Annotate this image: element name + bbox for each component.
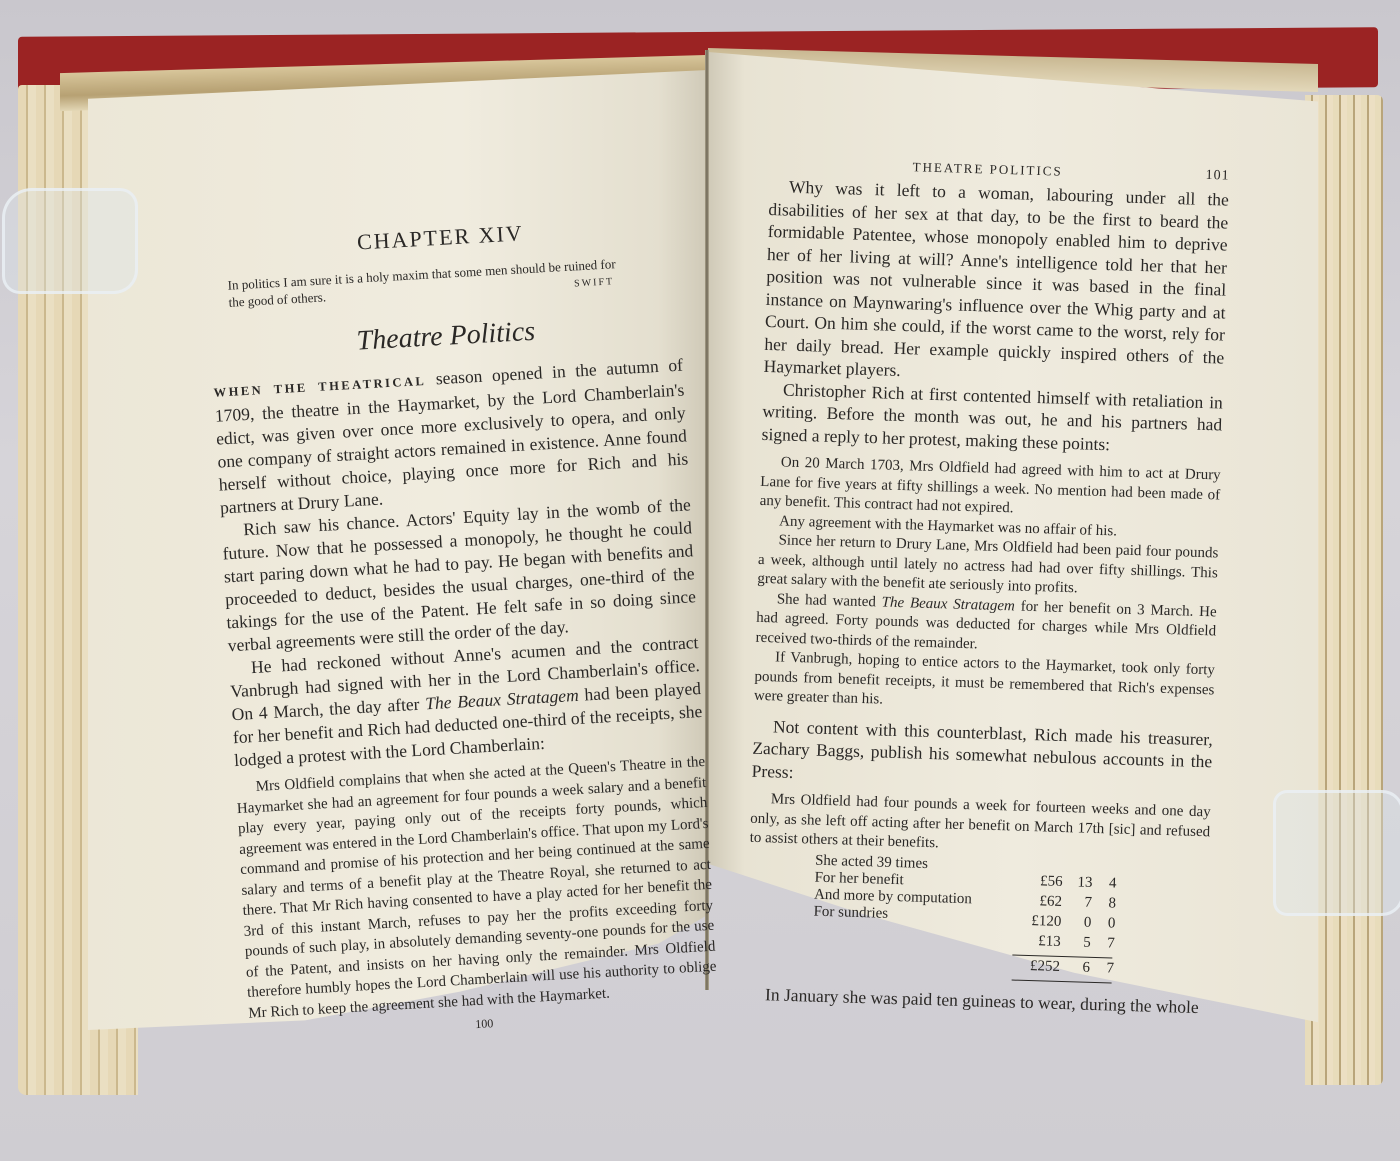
page-number: 101 xyxy=(1205,168,1229,185)
page-clip-left xyxy=(2,188,138,294)
book-photo-scene: CHAPTER XIV In politics I am sure it is … xyxy=(0,0,1400,1161)
left-page-text: CHAPTER XIV In politics I am sure it is … xyxy=(205,212,719,1045)
accounts-values: £56134 £6278 £12000 £1357 £25267 xyxy=(1012,858,1126,985)
accounts-labels: She acted 39 times For her benefit And m… xyxy=(812,852,1016,982)
account-row: £1357 xyxy=(1012,932,1123,955)
block-quote: Mrs Oldfield complains that when she act… xyxy=(235,752,718,1024)
book-title-italic: The Beaux Stratagem xyxy=(881,594,1015,614)
accounts-intro: Mrs Oldfield had four pounds a week for … xyxy=(749,790,1211,862)
total-rule xyxy=(1012,979,1112,983)
right-page-text: THEATRE POLITICS 101 Why was it left to … xyxy=(745,155,1230,1018)
paragraph: Rich saw his chance. Actors' Equity lay … xyxy=(221,493,698,657)
paragraph: WHEN THE THEATRICAL season opened in the… xyxy=(213,354,690,520)
epigraph-attribution: SWIFT xyxy=(574,273,615,292)
accounts-table: She acted 39 times For her benefit And m… xyxy=(812,852,1210,988)
page-clip-right xyxy=(1273,790,1400,916)
account-total: £25267 xyxy=(1012,957,1123,980)
paragraph: Christopher Rich at first contented hims… xyxy=(761,377,1223,458)
epigraph-text: In politics I am sure it is a holy maxim… xyxy=(227,256,616,310)
last-line: In January she was paid ten guineas to w… xyxy=(745,982,1205,1018)
paragraph: Why was it left to a woman, labouring un… xyxy=(763,175,1229,391)
epigraph: In politics I am sure it is a holy maxim… xyxy=(227,254,628,310)
